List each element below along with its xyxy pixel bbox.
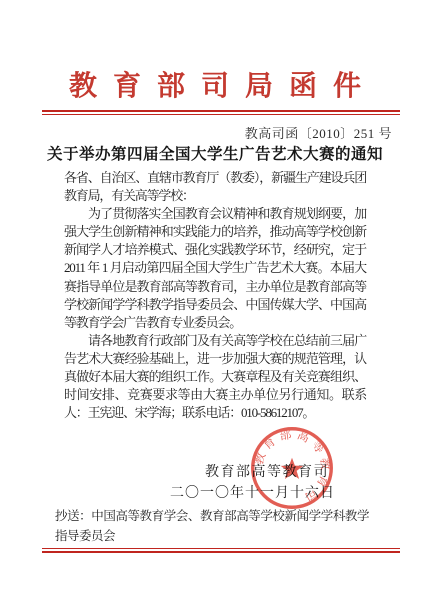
signature-org: 教育部高等教育司 — [205, 461, 329, 481]
paragraph-1: 为了贯彻落实全国教育会议精神和教育规划纲要，加强大学生创新精神和实践能力的培养，… — [64, 205, 366, 332]
paragraph-2: 请各地教育行政部门及有关高等学校在总结前三届广告艺术大赛经验基础上，进一步加强大… — [64, 332, 366, 422]
letterhead-title: 教育部司局函件 — [0, 64, 430, 104]
salutation: 各省、自治区、直辖市教育厅（教委），新疆生产建设兵团教育局，有关高等学校： — [64, 169, 366, 205]
signature-date: 二〇一〇年十一月十六日 — [170, 482, 335, 502]
page-title: 关于举办第四届全国大学生广告艺术大赛的通知 — [0, 142, 430, 164]
doc-number: 教高司函〔2010〕251 号 — [245, 123, 392, 142]
footer-rule — [42, 548, 400, 553]
cc-line: 抄送：中国高等教育学会、教育部高等学校新闻学学科教学指导委员会 — [55, 506, 369, 546]
letter-body: 各省、自治区、直辖市教育厅（教委），新疆生产建设兵团教育局，有关高等学校： 为了… — [64, 169, 366, 422]
document-page: 教育部司局函件 教高司函〔2010〕251 号 关于举办第四届全国大学生广告艺术… — [0, 0, 430, 606]
header-rule — [42, 110, 400, 115]
